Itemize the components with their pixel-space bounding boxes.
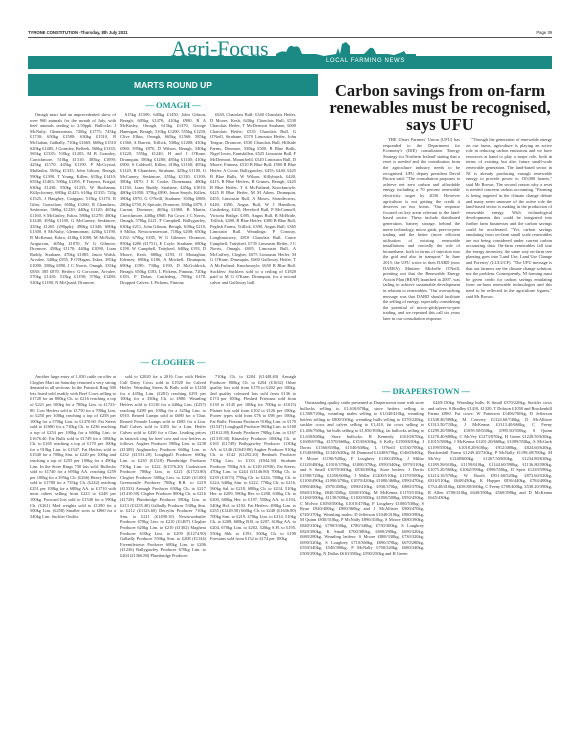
masthead-title: Agri-Focus bbox=[171, 36, 268, 62]
masthead-subtitle: LOCAL FARMING NEWS bbox=[326, 58, 405, 64]
masthead: Agri-Focus LOCAL FARMING NEWS bbox=[28, 39, 552, 71]
omagh-text-1: Omagh mart had an unprecedented show of … bbox=[30, 112, 116, 285]
clogher-column-2: sold to £2020 for a 2016 Cow with Heifer… bbox=[120, 374, 206, 690]
clogher-text-2: sold to £2020 for a 2016 Cow with Heifer… bbox=[120, 374, 206, 559]
omagh-column-2: 615kg £1500; 640kg £1450, John Gibson, B… bbox=[120, 112, 206, 360]
article-text-1: THE Ulster Farmers' Union (UFU) has resp… bbox=[383, 137, 460, 322]
page-number: Page 39 bbox=[536, 30, 552, 35]
clogher-text-3: 710kg Ch. to £204 (£1448.40) Armagh Prod… bbox=[210, 374, 296, 542]
draperstown-text-1: Outstanding quality cattle presented at … bbox=[300, 400, 424, 557]
omagh-column-1: Omagh mart had an unprecedented show of … bbox=[30, 112, 116, 360]
article-column-2: "Through the generation of renewable ene… bbox=[466, 137, 552, 334]
omagh-text-3: £630, Charolais Bull; £540 Charolais Hei… bbox=[210, 112, 296, 285]
clogher-heading: — CLOGHER — bbox=[28, 357, 318, 367]
marts-banner: MARTS ROUND UP bbox=[28, 74, 318, 96]
draperstown-column-1: Outstanding quality cattle presented at … bbox=[300, 400, 424, 690]
article-headline: Carbon savings from on-farm renewables m… bbox=[326, 82, 554, 133]
clogher-column-3: 710kg Ch. to £204 (£1448.40) Armagh Prod… bbox=[210, 374, 296, 690]
draperstown-column-2: £440/150kg. Weanling bulls: K Small £570… bbox=[428, 400, 552, 690]
farm-silhouette-icon bbox=[276, 42, 416, 57]
page-header-line: TYRONE CONSTITUTION -Thursday, 8th July … bbox=[28, 30, 552, 38]
draperstown-text-2: £440/150kg. Weanling bulls: K Small £570… bbox=[428, 400, 552, 501]
publication-date: TYRONE CONSTITUTION -Thursday, 8th July … bbox=[28, 30, 128, 35]
omagh-text-2: 615kg £1500; 640kg £1450, John Gibson, B… bbox=[120, 112, 206, 285]
omagh-heading: — OMAGH — bbox=[28, 100, 318, 110]
masthead-band bbox=[28, 56, 552, 69]
draperstown-heading: — DRAPERSTOWN — bbox=[300, 386, 552, 396]
omagh-column-3: £630, Charolais Bull; £540 Charolais Hei… bbox=[210, 112, 296, 360]
article-text-2: "Through the generation of renewable ene… bbox=[466, 137, 552, 299]
clogher-text-1: Another large entry of 1,030 cattle on o… bbox=[30, 374, 116, 519]
clogher-column-1: Another large entry of 1,030 cattle on o… bbox=[30, 374, 116, 690]
article-column-1: THE Ulster Farmers' Union (UFU) has resp… bbox=[383, 137, 460, 334]
